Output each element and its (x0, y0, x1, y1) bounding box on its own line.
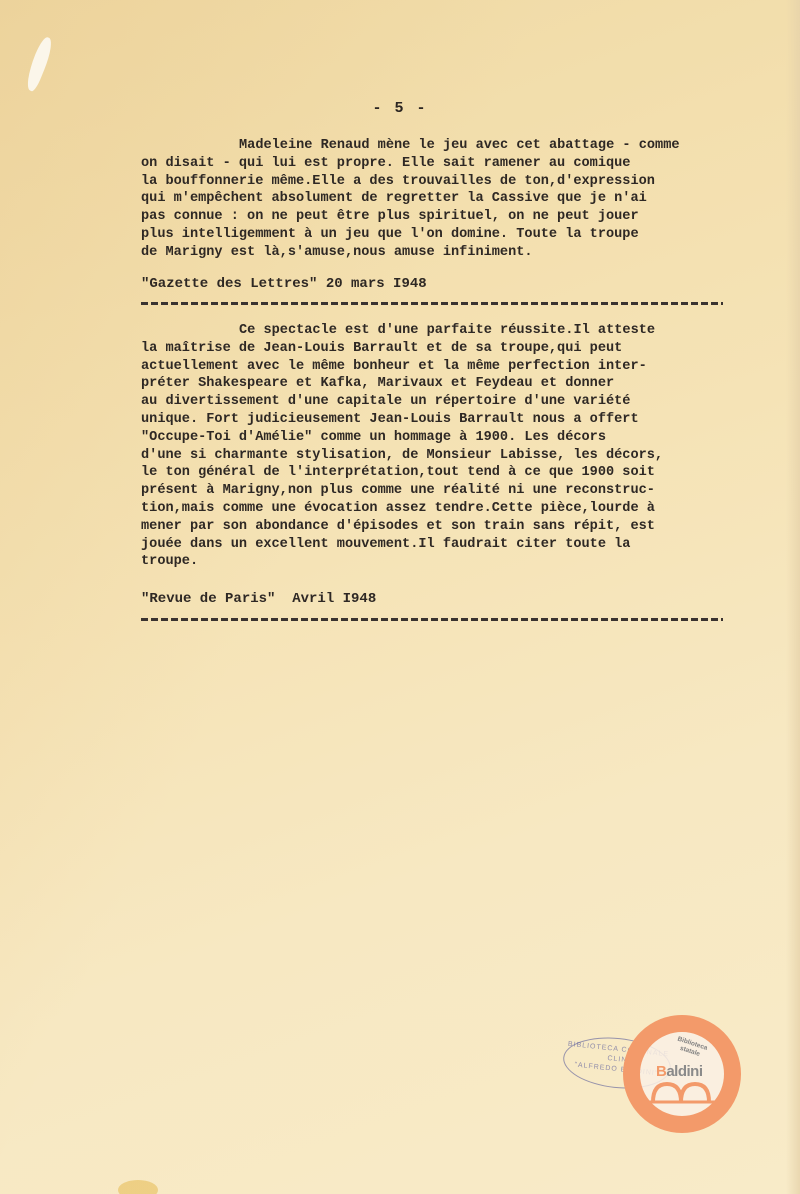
text-line: présent à Marigny,non plus comme une réa… (141, 482, 761, 500)
text-line: plus intelligemment à un jeu que l'on do… (141, 226, 761, 244)
text-line: actuellement avec le même bonheur et la … (141, 358, 761, 376)
text-line: on disait - qui lui est propre. Elle sai… (141, 155, 761, 173)
text-line: de Marigny est là,s'amuse,nous amuse inf… (141, 244, 761, 262)
paper-tear (22, 35, 56, 92)
text-line: Ce spectacle est d'une parfaite réussite… (141, 322, 761, 340)
text-line: la maîtrise de Jean-Louis Barrault et de… (141, 340, 761, 358)
text-line: troupe. (141, 553, 761, 571)
book-b-icon (649, 1080, 715, 1104)
text-line: qui m'empêchent absolument de regretter … (141, 190, 761, 208)
paper-edge (786, 0, 800, 1194)
source-citation-gazette: "Gazette des Lettres" 20 mars I948 (141, 276, 427, 292)
dashed-separator (141, 302, 723, 305)
dashed-separator (141, 618, 723, 621)
text-line: d'une si charmante stylisation, de Monsi… (141, 447, 761, 465)
source-citation-revue: "Revue de Paris" Avril I948 (141, 591, 376, 607)
text-line: pas connue : on ne peut être plus spirit… (141, 208, 761, 226)
review-revue-de-paris: Ce spectacle est d'une parfaite réussite… (141, 322, 761, 571)
review-gazette-des-lettres: Madeleine Renaud mène le jeu avec cet ab… (141, 137, 761, 262)
text-line: jouée dans un excellent mouvement.Il fau… (141, 536, 761, 554)
logo-name: Baldini (656, 1063, 703, 1080)
logo-name-rest: aldini (666, 1063, 702, 1080)
logo-initial: B (656, 1063, 666, 1080)
text-line: le ton général de l'interprétation,tout … (141, 464, 761, 482)
paper-stain (118, 1180, 158, 1194)
text-line: unique. Fort judicieusement Jean-Louis B… (141, 411, 761, 429)
text-line: préter Shakespeare et Kafka, Marivaux et… (141, 375, 761, 393)
text-line: Madeleine Renaud mène le jeu avec cet ab… (141, 137, 761, 155)
text-line: la bouffonnerie même.Elle a des trouvail… (141, 173, 761, 191)
text-line: "Occupe-Toi d'Amélie" comme un hommage à… (141, 429, 761, 447)
text-line: tion,mais comme une évocation assez tend… (141, 500, 761, 518)
text-line: mener par son abondance d'épisodes et so… (141, 518, 761, 536)
page-number: - 5 - (0, 100, 800, 117)
text-line: au divertissement d'une capitale un répe… (141, 393, 761, 411)
